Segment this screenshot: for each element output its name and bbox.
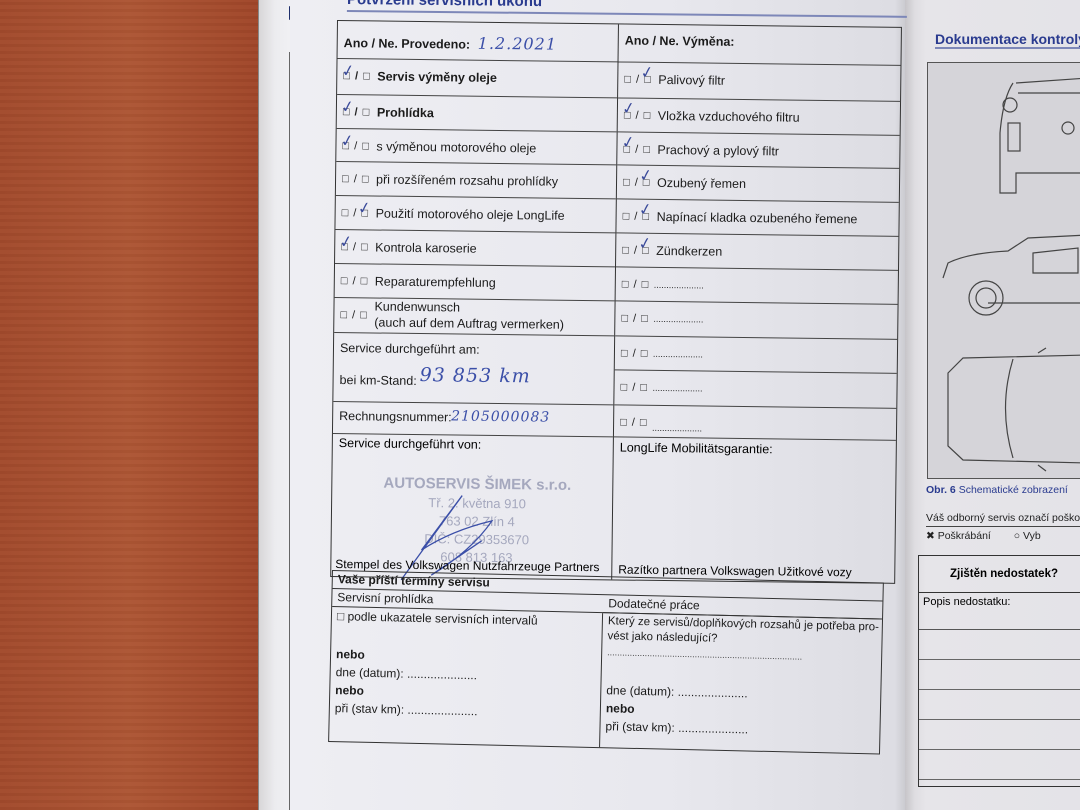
km-label: bei km-Stand: [340, 373, 417, 388]
yes-no-checkbox[interactable]: □ / □ [341, 275, 369, 287]
performed-date-handwritten: 1.2.2021 [478, 34, 557, 54]
performed-item-row: □ / □při rozšířeném rozsahu prohlídky [336, 162, 616, 199]
yes-no-checkbox[interactable]: □ / □ [622, 278, 650, 290]
partner-stamp-area: LongLife Mobilitätsgarantie: Razítko par… [612, 437, 896, 582]
defect-line[interactable] [919, 750, 1080, 780]
blank-item-field[interactable]: .................... [654, 280, 704, 291]
performed-column: Ano / Ne. Provedeno: 1.2.2021 □ / □Servi… [331, 21, 619, 579]
legend-dent: ○ Vyb [1014, 530, 1041, 542]
legend-intro: Váš odborný servis označí poško [926, 512, 1080, 527]
performed-item-label: s výměnou motorového oleje [376, 139, 536, 155]
yes-no-checkbox[interactable]: □ / □ [620, 416, 648, 428]
replacement-item-row: □ / □.................... [614, 405, 896, 440]
service-date-label: Service durchgeführt am: [340, 341, 480, 357]
performed-item-label: při rozšířeném rozsahu prohlídky [376, 172, 558, 188]
additional-work-column: Dodatečné práce Který ze servisů/doplňko… [600, 613, 882, 753]
defect-line[interactable] [919, 660, 1080, 690]
check-mark-icon: ✓ [356, 197, 372, 218]
check-mark-icon: ✓ [338, 231, 354, 252]
check-mark-icon: ✓ [639, 62, 655, 83]
blank-item-field[interactable]: .................... [652, 383, 702, 394]
replacement-item-label: Palivový filtr [658, 73, 725, 88]
replacement-item-row: □ / □Zündkerzen✓ [616, 233, 898, 270]
service-confirmation-form: Ano / Ne. Provedeno: 1.2.2021 □ / □Servi… [330, 20, 902, 584]
replacement-item-row: □ / □Palivový filtr✓ [618, 62, 900, 101]
performed-item-label: Servis výměny oleje [377, 69, 497, 84]
blank-item-field[interactable]: .................... [653, 349, 703, 360]
performed-by-label: Service durchgeführt von: [339, 436, 482, 452]
km-value-handwritten: 93 853 km [420, 364, 531, 387]
yes-no-checkbox[interactable]: □ / □ [342, 173, 370, 185]
check-mark-icon: ✓ [339, 130, 355, 151]
performed-item-row: □ / □Reparaturempfehlung [335, 264, 615, 301]
figure-caption: Obr. 6 Schematické zobrazení [926, 484, 1068, 496]
wooden-table-surface [0, 0, 258, 810]
additional-work-question-2: vést jako následující? [607, 630, 717, 644]
performed-item-row: □ / □Použití motorového oleje LongLife✓ [335, 196, 615, 233]
interval-option[interactable]: □ podle ukazatele servisních intervalů [337, 609, 538, 628]
replacement-item-row: □ / □Ozubený řemen✓ [617, 165, 899, 202]
replacement-item-row: □ / □Napínací kladka ozubeného řemene✓ [616, 199, 898, 236]
or-label-1: nebo [336, 647, 365, 662]
dealer-stamp-area: Service durchgeführt von: AUTOSERVIS ŠIM… [331, 434, 613, 579]
performed-item-row: □ / □Prohlídka✓ [337, 95, 617, 132]
damage-legend: ✖ Poškrábání ○ Vyb [926, 530, 1080, 542]
figure-number: Obr. 6 [926, 484, 956, 496]
invoice-label: Rechnungsnummer: [339, 409, 452, 424]
replacement-header-label: Ano / Ne. Výměna: [625, 34, 735, 49]
replacement-item-row: □ / □Vložka vzduchového filtru✓ [618, 98, 900, 135]
yes-no-checkbox[interactable]: □ / □ [621, 347, 649, 359]
blank-item-field[interactable]: .................... [652, 423, 702, 434]
performed-header-row: Ano / Ne. Provedeno: 1.2.2021 [338, 21, 618, 62]
replacement-item-label: Prachový a pylový filtr [657, 143, 779, 158]
legend-scratch: ✖ Poškrábání [926, 530, 991, 542]
yes-no-checkbox[interactable]: □ / □ [340, 309, 368, 321]
check-mark-icon: ✓ [620, 132, 636, 153]
performed-item-label: Reparaturempfehlung [375, 274, 496, 289]
check-mark-icon: ✓ [637, 199, 653, 220]
performed-item-label: Prohlídka [377, 105, 434, 120]
performed-item-row: □ / □Servis výměny oleje✓ [337, 59, 617, 98]
figure-caption-text: Schematické zobrazení [959, 484, 1068, 496]
replacement-item-row: □ / □.................... [615, 336, 897, 373]
yes-no-checkbox[interactable]: □ / □ [621, 312, 649, 324]
defect-box: Zjištěn nedostatek? Popis nedostatku: [918, 555, 1080, 787]
next-date-field[interactable]: dne (datum): ..................... [336, 665, 478, 682]
additional-work-field[interactable]: ........................................… [607, 647, 802, 661]
additional-or-label: nebo [606, 701, 635, 716]
performed-item-row: □ / □Kundenwunsch(auch auf dem Auftrag v… [334, 298, 614, 336]
performed-header-label: Ano / Ne. Provedeno: [344, 36, 471, 52]
check-mark-icon: ✓ [339, 96, 355, 117]
defect-header: Zjištěn nedostatek? [919, 556, 1080, 593]
defect-line[interactable] [919, 630, 1080, 660]
interval-checkbox[interactable]: □ [337, 609, 345, 623]
replacement-item-row: □ / □.................... [614, 370, 896, 408]
performed-item-row: □ / □Kontrola karoserie✓ [335, 230, 615, 267]
replacement-header-row: Ano / Ne. Výměna: [619, 24, 901, 65]
performed-item-label: Kontrola karoserie [375, 240, 477, 255]
replacement-item-label: Zündkerzen [656, 244, 722, 259]
performed-item-label: Kundenwunsch [374, 299, 460, 314]
performed-item-label: Použití motorového oleje LongLife [376, 206, 565, 222]
vehicle-schematic-figure [927, 62, 1080, 479]
next-service-box: Vaše příští termíny servisu Servisní pro… [328, 570, 884, 754]
invoice-row: Rechnungsnummer: 2105000083 [333, 402, 613, 437]
replacement-item-label: Vložka vzduchového filtru [658, 109, 800, 125]
replacement-item-row: □ / □Prachový a pylový filtr✓ [617, 132, 899, 168]
additional-km-field[interactable]: při (stav km): ..................... [605, 719, 748, 736]
replacement-item-label: Ozubený řemen [657, 176, 746, 191]
check-mark-icon: ✓ [620, 98, 636, 119]
check-mark-icon: ✓ [638, 165, 654, 186]
performed-item-label-line2: (auch auf dem Auftrag vermerken) [374, 315, 564, 331]
performed-item-row: □ / □s výměnou motorového oleje✓ [336, 129, 616, 165]
interval-checkbox-label: podle ukazatele servisních intervalů [347, 609, 537, 627]
next-service-interval-column: □ podle ukazatele servisních intervalů n… [329, 607, 603, 747]
next-km-field[interactable]: při (stav km): ..................... [335, 701, 478, 718]
or-label-2: nebo [335, 683, 364, 698]
defect-description-label: Popis nedostatku: [919, 593, 1080, 630]
check-mark-icon: ✓ [340, 60, 356, 81]
replacement-item-row: □ / □.................... [616, 267, 898, 304]
check-mark-icon: ✓ [637, 233, 653, 254]
mirror-icon [1003, 98, 1017, 112]
additional-date-field[interactable]: dne (datum): ..................... [606, 683, 748, 700]
replacement-column: Ano / Ne. Výměna: □ / □Palivový filtr✓□ … [612, 24, 901, 582]
replacement-item-row: □ / □.................... [615, 301, 897, 339]
mobility-guarantee-label: LongLife Mobilitätsgarantie: [620, 440, 773, 456]
service-date-km-row: Service durchgeführt am: bei km-Stand: 9… [333, 333, 614, 405]
invoice-value-handwritten: 2105000083 [451, 408, 550, 425]
replacement-item-label: Napínací kladka ozubeného řemene [657, 210, 858, 226]
defect-line[interactable] [919, 690, 1080, 720]
inspection-doc-title: Dokumentace kontroly [935, 31, 1080, 49]
defect-line[interactable] [919, 720, 1080, 750]
blank-item-field[interactable]: .................... [653, 314, 703, 325]
vehicle-diagram [928, 63, 1080, 478]
yes-no-checkbox[interactable]: □ / □ [620, 381, 648, 393]
